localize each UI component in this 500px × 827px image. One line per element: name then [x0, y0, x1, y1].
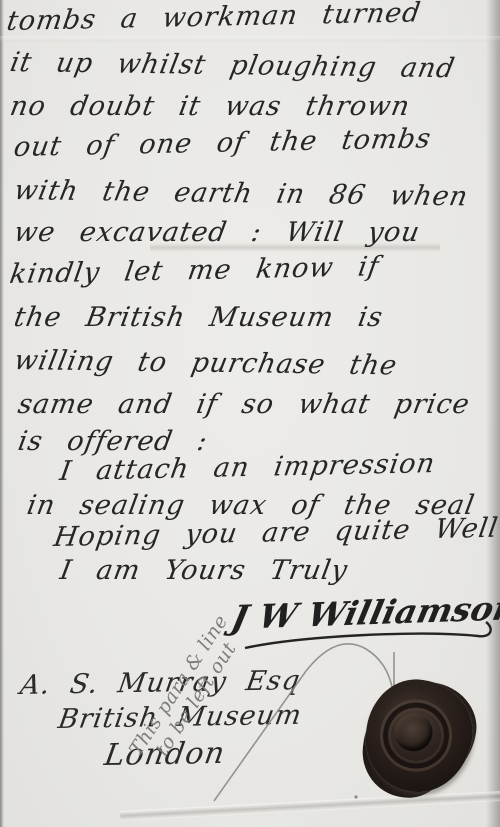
letter-line: I am Yours Truly — [58, 557, 350, 584]
letter-line: kindly let me know if — [8, 253, 381, 288]
letter-line: willing to purchase the — [12, 347, 400, 379]
letter-line: is offered : — [16, 428, 210, 455]
paper-right-edge-shadow — [486, 0, 500, 827]
letter-line: I attach an impression — [58, 450, 437, 485]
paper-left-edge-shadow — [0, 0, 4, 827]
paper-crease-bottom — [120, 789, 500, 821]
paper-crease-top — [0, 36, 500, 42]
wax-seal — [359, 673, 480, 799]
letter-line: with the earth in 86 when — [12, 177, 471, 210]
letter-line: the British Museum is — [12, 304, 385, 331]
letter-line: same and if so what price — [16, 391, 472, 418]
letter-line: no doubt it was thrown — [8, 93, 412, 120]
letter-line: Hoping you are quite Well — [52, 515, 500, 551]
letter-line: it up whilst ploughing and — [8, 49, 457, 82]
letter-line: out of one of the tombs — [12, 125, 433, 161]
letter-line: we excavated : Will you — [12, 219, 422, 246]
scanned-letter-page: tombs a workman turned it up whilst plou… — [0, 0, 500, 827]
letter-line: tombs a workman turned — [5, 0, 423, 35]
